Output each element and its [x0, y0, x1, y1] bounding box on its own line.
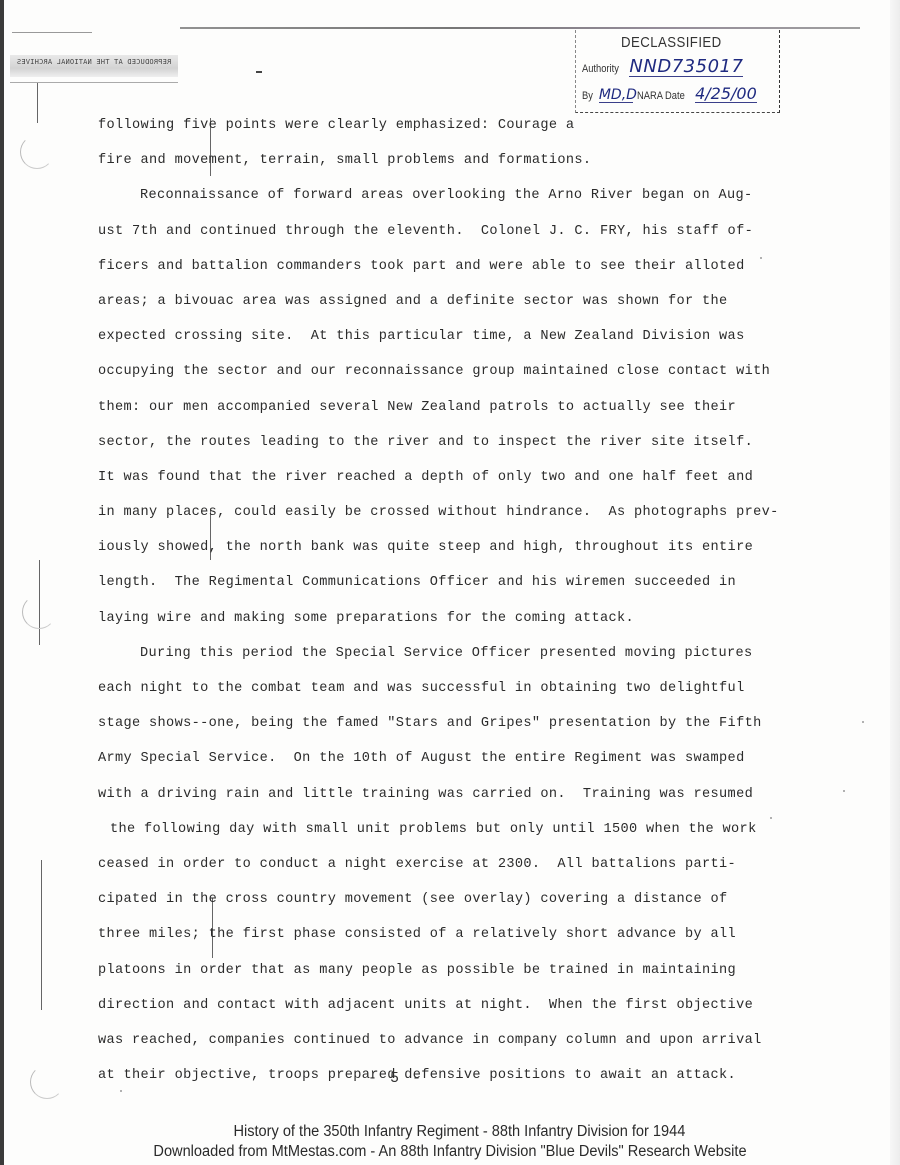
stamp-authority-row: AuthorityNND735017	[582, 58, 743, 77]
repro-underline	[10, 82, 178, 83]
stamp-by-row: ByMD,DNARA Date4/25/00	[582, 86, 757, 103]
paragraph-start-line: Reconnaissance of forward areas overlook…	[98, 182, 778, 217]
scan-left-edge	[0, 0, 4, 1165]
text-line: platoons in order that as many people as…	[98, 957, 778, 992]
declassified-stamp: DECLASSIFIED AuthorityNND735017 ByMD,DNA…	[575, 30, 780, 113]
scan-right-edge	[890, 0, 900, 1165]
text-line: following five points were clearly empha…	[98, 112, 778, 147]
stamp-title: DECLASSIFIED	[621, 34, 722, 51]
text-line: laying wire and making some preparations…	[98, 605, 778, 640]
typewritten-body: following five points were clearly empha…	[98, 112, 778, 1097]
stamp-authority-value: NND735017	[629, 58, 743, 77]
stray-mark	[256, 71, 262, 73]
text-line: was reached, companies continued to adva…	[98, 1027, 778, 1062]
text-line: each night to the combat team and was su…	[98, 675, 778, 710]
text-line: the following day with small unit proble…	[98, 816, 778, 851]
text-line: stage shows--one, being the famed "Stars…	[98, 710, 778, 745]
text-line: length. The Regimental Communications Of…	[98, 569, 778, 604]
punch-hole	[20, 135, 54, 169]
top-rule	[180, 27, 860, 29]
stamp-nara-date-value: 4/25/00	[695, 86, 757, 103]
text-line: expected crossing site. At this particul…	[98, 323, 778, 358]
footer-source: Downloaded from MtMestas.com - An 88th I…	[27, 1142, 873, 1162]
text-line: three miles; the first phase consisted o…	[98, 921, 778, 956]
margin-line	[41, 860, 42, 1010]
text-line: them: our men accompanied several New Ze…	[98, 394, 778, 429]
text-line: sector, the routes leading to the river …	[98, 429, 778, 464]
text-line: It was found that the river reached a de…	[98, 464, 778, 499]
text-line: occupying the sector and our reconnaissa…	[98, 358, 778, 393]
stamp-authority-label: Authority	[582, 63, 619, 75]
scan-speck	[843, 790, 845, 792]
text-line: at their objective, troops prepared defe…	[98, 1062, 778, 1097]
text-line: fire and movement, terrain, small proble…	[98, 147, 778, 182]
text-line: ficers and battalion commanders took par…	[98, 253, 778, 288]
margin-line	[37, 83, 38, 123]
punch-hole	[30, 1065, 64, 1099]
text-line: areas; a bivouac area was assigned and a…	[98, 288, 778, 323]
source-footer: History of the 350th Infantry Regiment -…	[0, 1122, 900, 1162]
scanned-document-page: REPRODUCED AT THE NATIONAL ARCHIVES DECL…	[0, 0, 900, 1165]
stamp-by-label: By	[582, 90, 593, 102]
scan-speck	[862, 721, 864, 723]
archive-reproduction-strip: REPRODUCED AT THE NATIONAL ARCHIVES	[10, 55, 178, 77]
page-number: - 5 -	[368, 1070, 423, 1087]
punch-hole	[22, 595, 56, 629]
text-line: ust 7th and continued through the eleven…	[98, 218, 778, 253]
text-line: direction and contact with adjacent unit…	[98, 992, 778, 1027]
text-line: in many places, could easily be crossed …	[98, 499, 778, 534]
archive-reproduction-text: REPRODUCED AT THE NATIONAL ARCHIVES	[12, 58, 176, 66]
stamp-nara-date-label: NARA Date	[637, 90, 685, 102]
text-line: with a driving rain and little training …	[98, 781, 778, 816]
text-line: ceased in order to conduct a night exerc…	[98, 851, 778, 886]
top-rule-left	[12, 32, 92, 33]
paragraph-start-line: During this period the Special Service O…	[98, 640, 778, 675]
stamp-by-value: MD,D	[599, 88, 633, 103]
text-line: cipated in the cross country movement (s…	[98, 886, 778, 921]
text-line: Army Special Service. On the 10th of Aug…	[98, 745, 778, 780]
footer-title: History of the 350th Infantry Regiment -…	[27, 1122, 873, 1142]
text-line: iously showed, the north bank was quite …	[98, 534, 778, 569]
